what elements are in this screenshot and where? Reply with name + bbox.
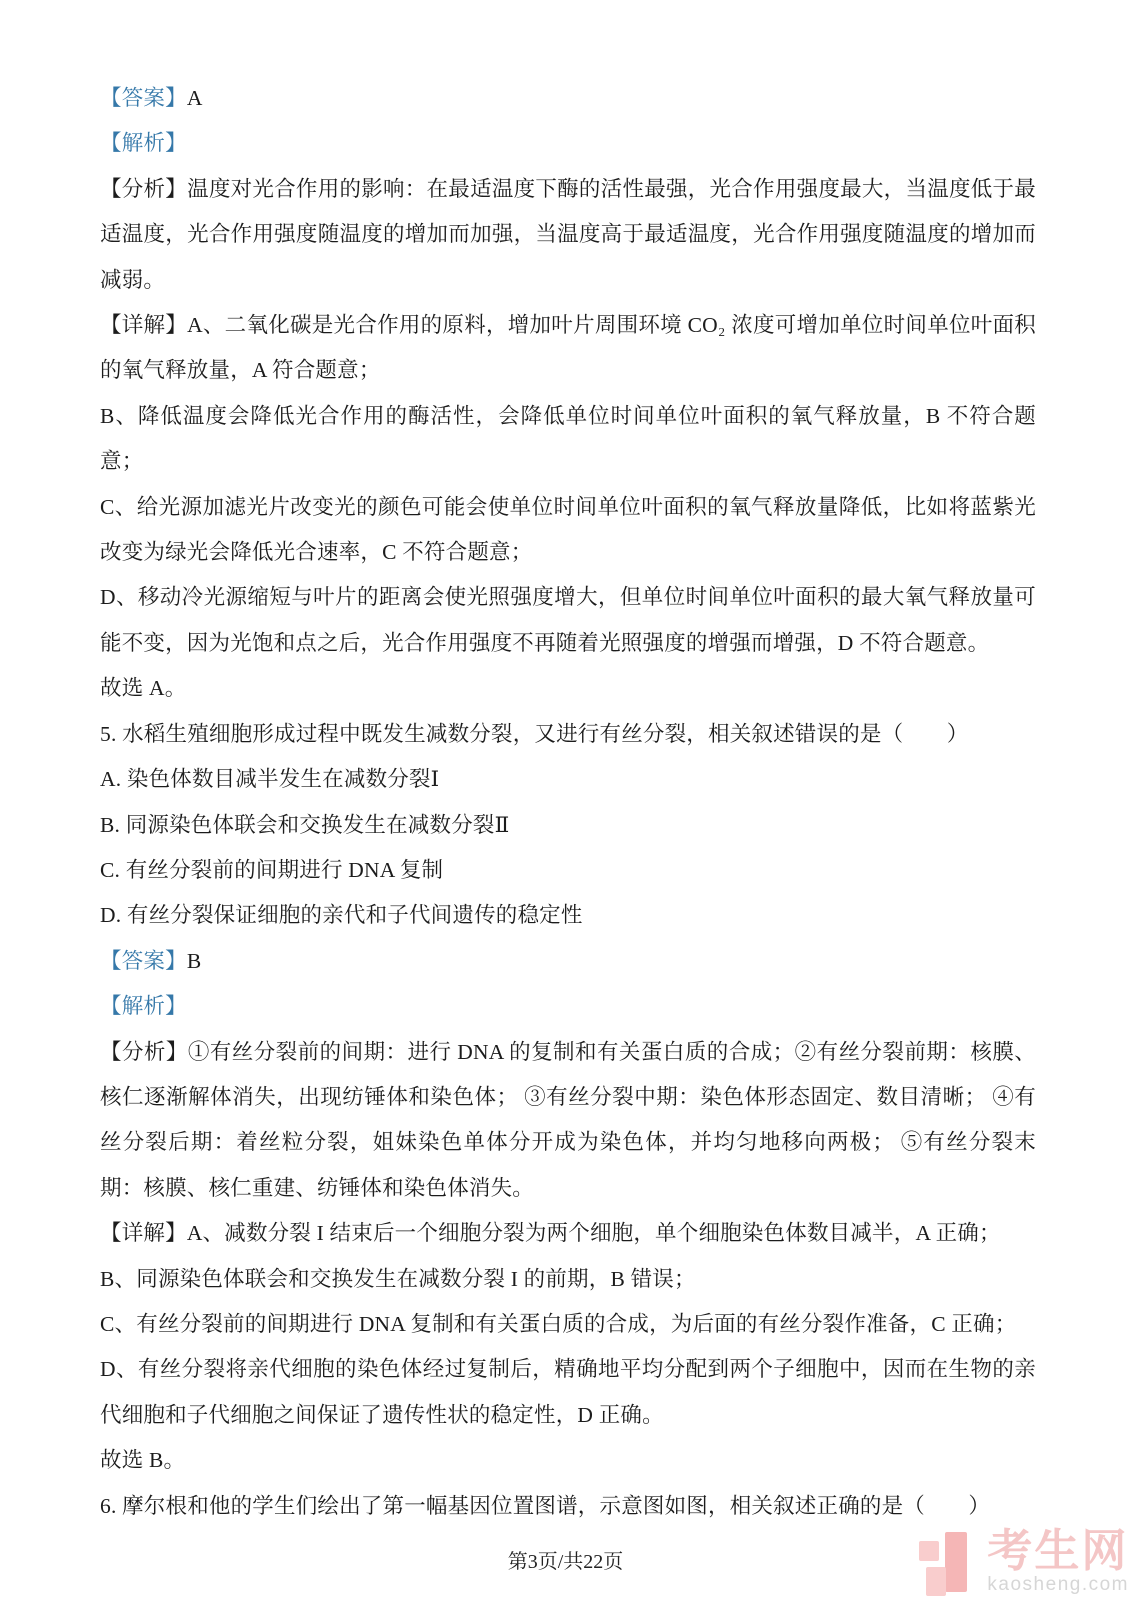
detail-a-text: A、减数分裂 I 结束后一个细胞分裂为两个细胞，单个细胞染色体数目减半，A 正确… (187, 1221, 1001, 1245)
q4-detail-b-paragraph: B、降低温度会降低光合作用的酶活性，会降低单位时间单位叶面积的氧气释放量，B 不… (100, 394, 1036, 485)
q5-detail-a-paragraph: 【详解】A、减数分裂 I 结束后一个细胞分裂为两个细胞，单个细胞染色体数目减半，… (100, 1211, 1036, 1256)
watermark-domain: kaosheng.com (987, 1574, 1129, 1596)
q5-option-b: B. 同源染色体联会和交换发生在减数分裂Ⅱ (100, 803, 1036, 848)
kaosheng-logo-icon (917, 1532, 975, 1596)
q5-detail-d-paragraph: D、有丝分裂将亲代细胞的染色体经过复制后，精确地平均分配到两个子细胞中，因而在生… (100, 1347, 1036, 1438)
q5-detail-c-paragraph: C、有丝分裂前的间期进行 DNA 复制和有关蛋白质的合成，为后面的有丝分裂作准备… (100, 1302, 1036, 1347)
q4-answer-line: 【答案】A (100, 76, 1036, 121)
analysis-text: 温度对光合作用的影响：在最适温度下酶的活性最强，光合作用强度最大，当温度低于最适… (100, 177, 1036, 292)
page-indicator: 第3页/共22页 (508, 1551, 624, 1573)
document-body: 【答案】A 【解析】 【分析】温度对光合作用的影响：在最适温度下酶的活性最强，光… (100, 76, 1036, 1529)
q4-detail-a-paragraph: 【详解】A、二氧化碳是光合作用的原料，增加叶片周围环境 CO₂ 浓度可增加单位时… (100, 303, 1036, 394)
kaosheng-watermark: 考生网 kaosheng.com (917, 1528, 1129, 1596)
analysis-label: 【分析】 (100, 1040, 188, 1064)
answer-label: 【答案】 (100, 86, 187, 110)
logo-block-bottom-left (926, 1567, 946, 1596)
logo-block-right-bar (945, 1532, 967, 1592)
q5-analysis-paragraph: 【分析】①有丝分裂前的间期：进行 DNA 的复制和有关蛋白质的合成；②有丝分裂前… (100, 1030, 1036, 1212)
detail-label: 【详解】 (100, 1221, 187, 1245)
analysis-text: ①有丝分裂前的间期：进行 DNA 的复制和有关蛋白质的合成；②有丝分裂前期：核膜… (100, 1040, 1036, 1200)
q5-option-d: D. 有丝分裂保证细胞的亲代和子代间遗传的稳定性 (100, 893, 1036, 938)
q4-analysis-paragraph: 【分析】温度对光合作用的影响：在最适温度下酶的活性最强，光合作用强度最大，当温度… (100, 167, 1036, 303)
detail-a-text: A、二氧化碳是光合作用的原料，增加叶片周围环境 CO₂ 浓度可增加单位时间单位叶… (100, 313, 1036, 382)
analysis-header-label: 【解析】 (100, 994, 187, 1018)
answer-label: 【答案】 (100, 949, 187, 973)
q5-option-a: A. 染色体数目减半发生在减数分裂Ⅰ (100, 757, 1036, 802)
q4-conclusion: 故选 A。 (100, 666, 1036, 711)
analysis-label: 【分析】 (100, 177, 187, 201)
q6-stem: 6. 摩尔根和他的学生们绘出了第一幅基因位置图谱，示意图如图，相关叙述正确的是（… (100, 1484, 1036, 1529)
document-page: 【答案】A 【解析】 【分析】温度对光合作用的影响：在最适温度下酶的活性最强，光… (0, 0, 1131, 1600)
logo-block-top-left (919, 1541, 939, 1561)
answer-value: A (187, 86, 203, 110)
q5-option-c: C. 有丝分裂前的间期进行 DNA 复制 (100, 848, 1036, 893)
watermark-brand-name: 考生网 (987, 1528, 1129, 1574)
answer-value: B (187, 949, 202, 973)
q5-stem: 5. 水稻生殖细胞形成过程中既发生减数分裂，又进行有丝分裂，相关叙述错误的是（ … (100, 712, 1036, 757)
q4-detail-d-paragraph: D、移动冷光源缩短与叶片的距离会使光照强度增大，但单位时间单位叶面积的最大氧气释… (100, 575, 1036, 666)
q5-conclusion: 故选 B。 (100, 1438, 1036, 1483)
analysis-header-label: 【解析】 (100, 131, 187, 155)
q4-detail-c-paragraph: C、给光源加滤光片改变光的颜色可能会使单位时间单位叶面积的氧气释放量降低，比如将… (100, 485, 1036, 576)
detail-label: 【详解】 (100, 313, 187, 337)
q4-analysis-header: 【解析】 (100, 121, 1036, 166)
q5-detail-b-paragraph: B、同源染色体联会和交换发生在减数分裂 I 的前期，B 错误； (100, 1257, 1036, 1302)
q5-answer-line: 【答案】B (100, 939, 1036, 984)
kaosheng-logo-text: 考生网 kaosheng.com (987, 1528, 1129, 1596)
q5-analysis-header: 【解析】 (100, 984, 1036, 1029)
